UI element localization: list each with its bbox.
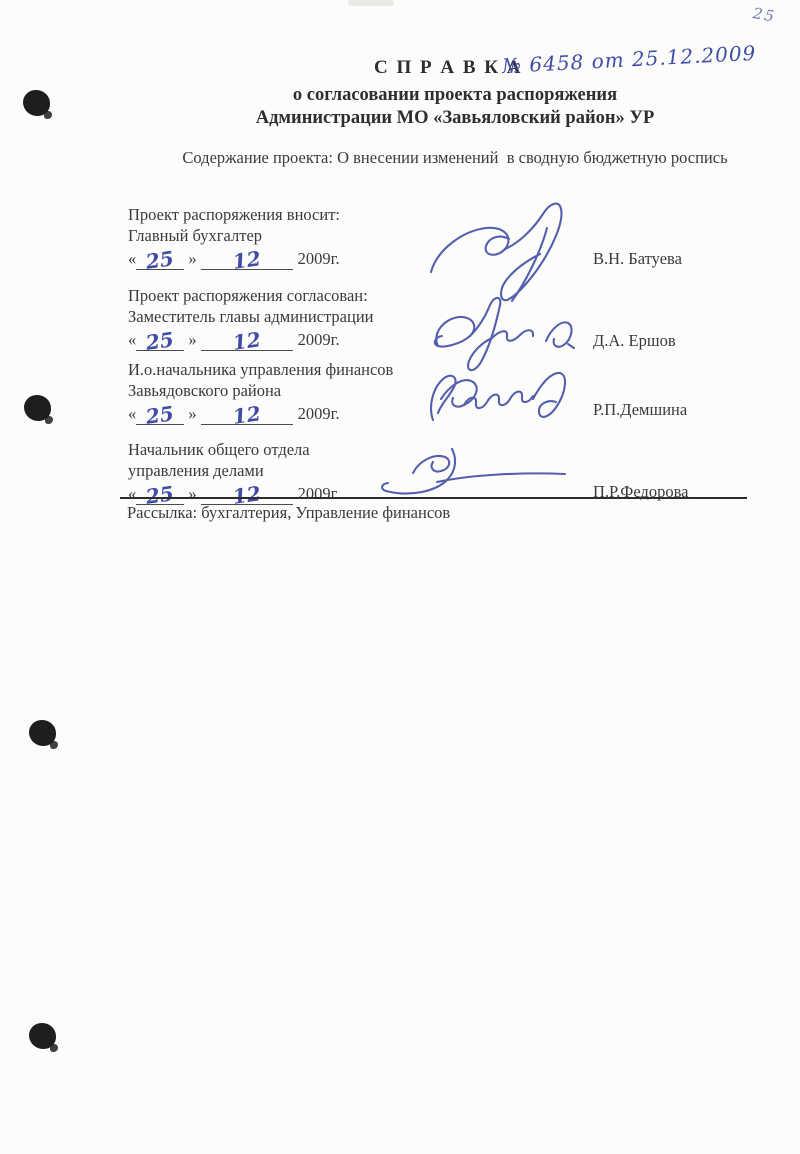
month-blank: 12 xyxy=(201,406,293,425)
scanned-document-page: 25 С П Р А В К А № 6458 от 25.12.2009 о … xyxy=(0,0,800,1154)
role-line: Заместитель главы администрации xyxy=(128,307,458,328)
signer-name: Р.П.Демшина xyxy=(593,400,687,420)
date-line: «25 »122009г. xyxy=(128,404,458,428)
signer-name: Д.А. Ершов xyxy=(593,331,676,351)
quote-open: « xyxy=(128,404,136,423)
scan-smudge xyxy=(348,0,394,6)
hole-punch-mark xyxy=(23,90,50,116)
role-line: Начальник общего отдела xyxy=(128,440,458,461)
date-line: «25 »122009г. xyxy=(128,330,458,354)
month-blank: 12 xyxy=(201,486,293,505)
role-line: Проект распоряжения вносит: xyxy=(128,205,458,226)
corner-page-number: 25 xyxy=(752,4,778,26)
role-line: Главный бухгалтер xyxy=(128,226,458,247)
footer-rule xyxy=(120,497,747,499)
quote-open: « xyxy=(128,484,136,503)
month-blank: 12 xyxy=(201,251,293,270)
signer-name: П.Р.Федорова xyxy=(593,482,688,502)
day-blank: 25 xyxy=(136,406,184,425)
document-subtitle-2: Администрации МО «Завьяловский район» УР xyxy=(110,108,800,129)
project-content-line: Содержание проекта: О внесении изменений… xyxy=(110,148,800,168)
document-title: С П Р А В К А xyxy=(374,57,523,79)
handwritten-doc-number: № 6458 от 25.12.2009 xyxy=(502,40,773,78)
quote-close: » xyxy=(188,330,196,349)
day-blank: 25 xyxy=(136,486,184,505)
handwritten-month: 12 xyxy=(231,248,261,272)
year-label: 2009г. xyxy=(298,484,340,503)
signer-name: В.Н. Батуева xyxy=(593,249,682,269)
distribution-line: Рассылка: бухгалтерия, Управление финанс… xyxy=(127,503,450,523)
signature-block-finance-head: И.о.начальника управления финансов Завья… xyxy=(128,360,458,428)
quote-close: » xyxy=(188,484,196,503)
year-label: 2009г. xyxy=(298,249,340,268)
quote-open: « xyxy=(128,249,136,268)
handwritten-month: 12 xyxy=(231,329,261,353)
handwritten-day: 25 xyxy=(145,329,175,353)
day-blank: 25 xyxy=(136,332,184,351)
handwritten-month: 12 xyxy=(231,403,261,427)
role-line: управления делами xyxy=(128,461,458,482)
year-label: 2009г. xyxy=(298,404,340,423)
role-line: Завьядовского района xyxy=(128,381,458,402)
role-line: И.о.начальника управления финансов xyxy=(128,360,458,381)
quote-close: » xyxy=(188,249,196,268)
hole-punch-mark xyxy=(24,395,51,421)
hole-punch-mark xyxy=(29,1023,56,1049)
year-label: 2009г. xyxy=(298,330,340,349)
day-blank: 25 xyxy=(136,251,184,270)
month-blank: 12 xyxy=(201,332,293,351)
hole-punch-mark xyxy=(29,720,56,746)
date-line: «25 »122009г. xyxy=(128,249,458,273)
signature-block-submitter: Проект распоряжения вносит: Главный бухг… xyxy=(128,205,458,273)
signature-block-deputy-head: Проект распоряжения согласован: Заместит… xyxy=(128,286,458,354)
handwritten-day: 25 xyxy=(145,248,175,272)
quote-close: » xyxy=(188,404,196,423)
ink-signatures-layer xyxy=(0,0,800,1154)
document-subtitle-1: о согласовании проекта распоряжения xyxy=(110,85,800,106)
role-line: Проект распоряжения согласован: xyxy=(128,286,458,307)
quote-open: « xyxy=(128,330,136,349)
handwritten-day: 25 xyxy=(145,403,175,427)
